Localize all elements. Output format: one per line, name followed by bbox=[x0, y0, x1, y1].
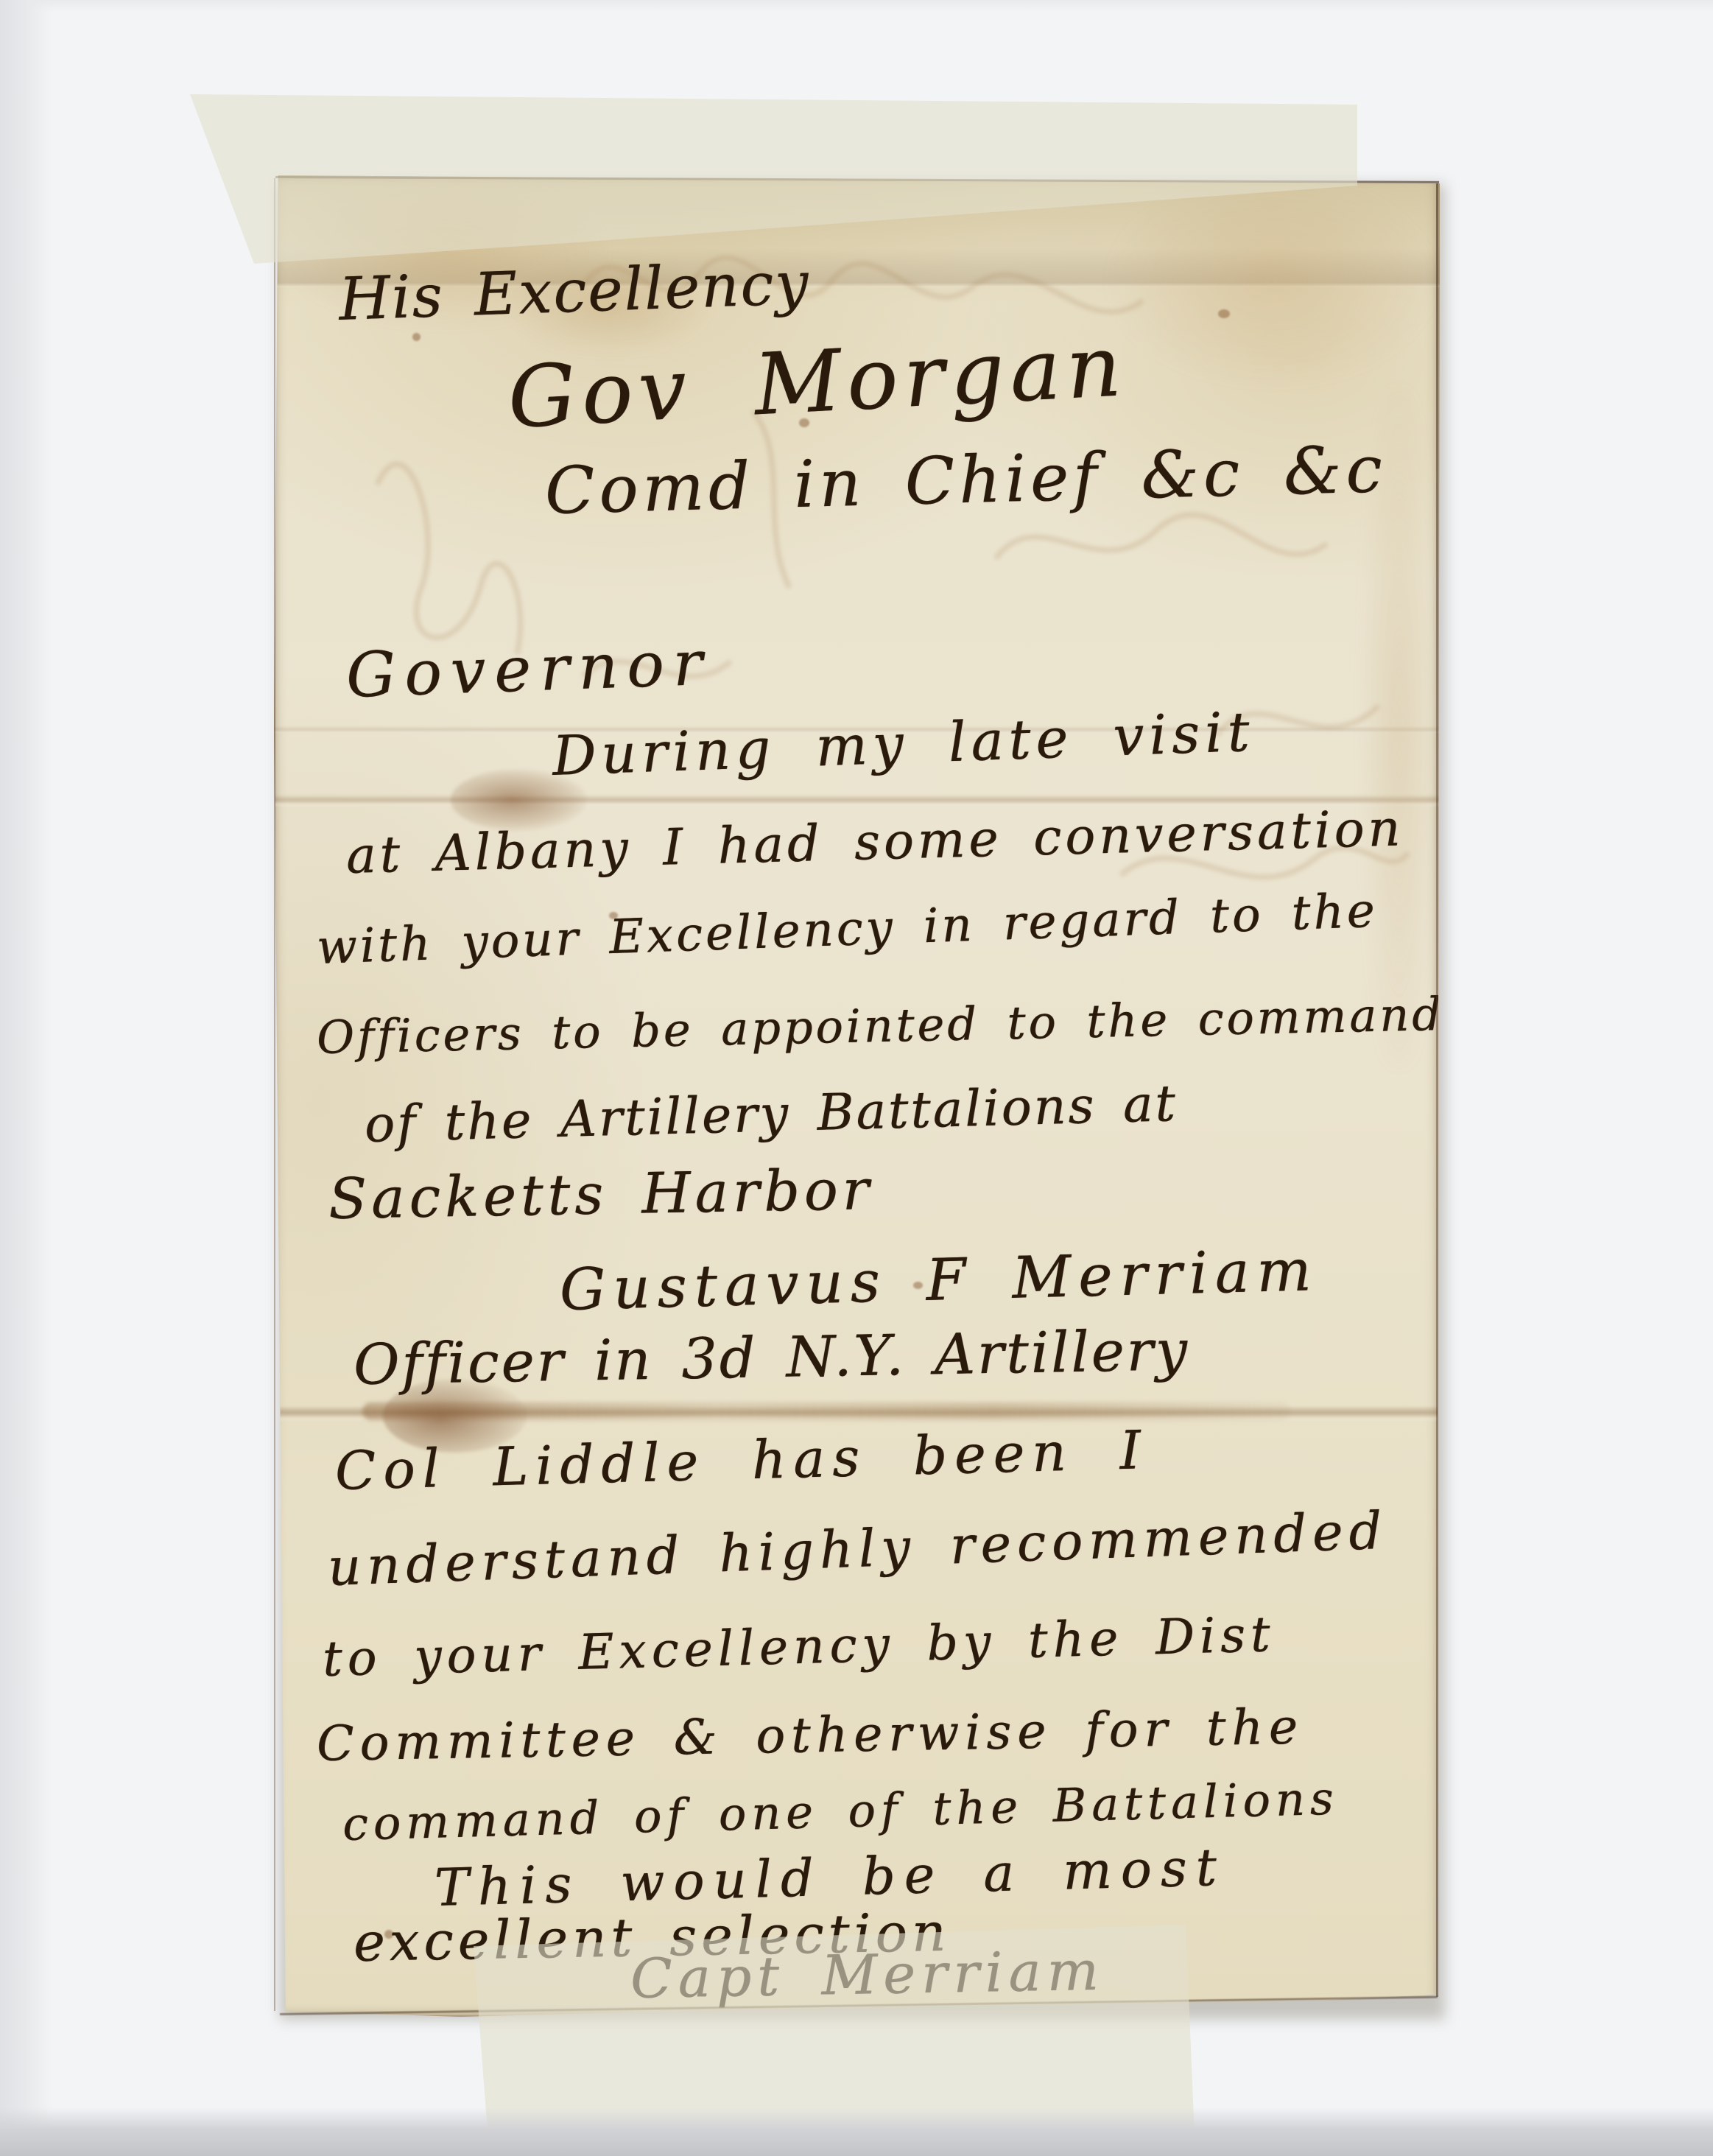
body-line: During my late visit bbox=[551, 700, 1255, 788]
body-line: Sacketts Harbor bbox=[328, 1156, 873, 1232]
stain bbox=[1114, 181, 1430, 380]
body-line: with your Excellency in regard to the bbox=[316, 884, 1379, 975]
backdrop-left-edge bbox=[0, 0, 53, 2156]
paper-edge-left bbox=[274, 178, 275, 2011]
ink-spot bbox=[1218, 309, 1230, 318]
backdrop-bottom-edge bbox=[0, 2107, 1713, 2156]
photo-backdrop: His Excellency Gov Morgan Comd in Chief … bbox=[0, 0, 1713, 2156]
body-line: Gustavus F Merriam bbox=[559, 1237, 1319, 1324]
body-line: Officer in 3d N.Y. Artillery bbox=[353, 1317, 1189, 1397]
ink-spot bbox=[412, 333, 421, 341]
body-line: to your Excellency by the Dist bbox=[322, 1606, 1276, 1688]
backdrop-top-edge bbox=[0, 0, 1713, 12]
body-line: of the Artillery Battalions at bbox=[364, 1075, 1178, 1154]
body-line: Committee & otherwise for the bbox=[316, 1699, 1304, 1772]
stain-streak bbox=[362, 1402, 1290, 1420]
letter-paper: His Excellency Gov Morgan Comd in Chief … bbox=[274, 175, 1440, 2017]
salutation: Governor bbox=[345, 627, 712, 712]
body-line: understand highly recommended bbox=[327, 1500, 1389, 1598]
body-line: Officers to be appointed to the command bbox=[316, 987, 1444, 1064]
address-line: Comd in Chief &c &c bbox=[544, 431, 1387, 529]
